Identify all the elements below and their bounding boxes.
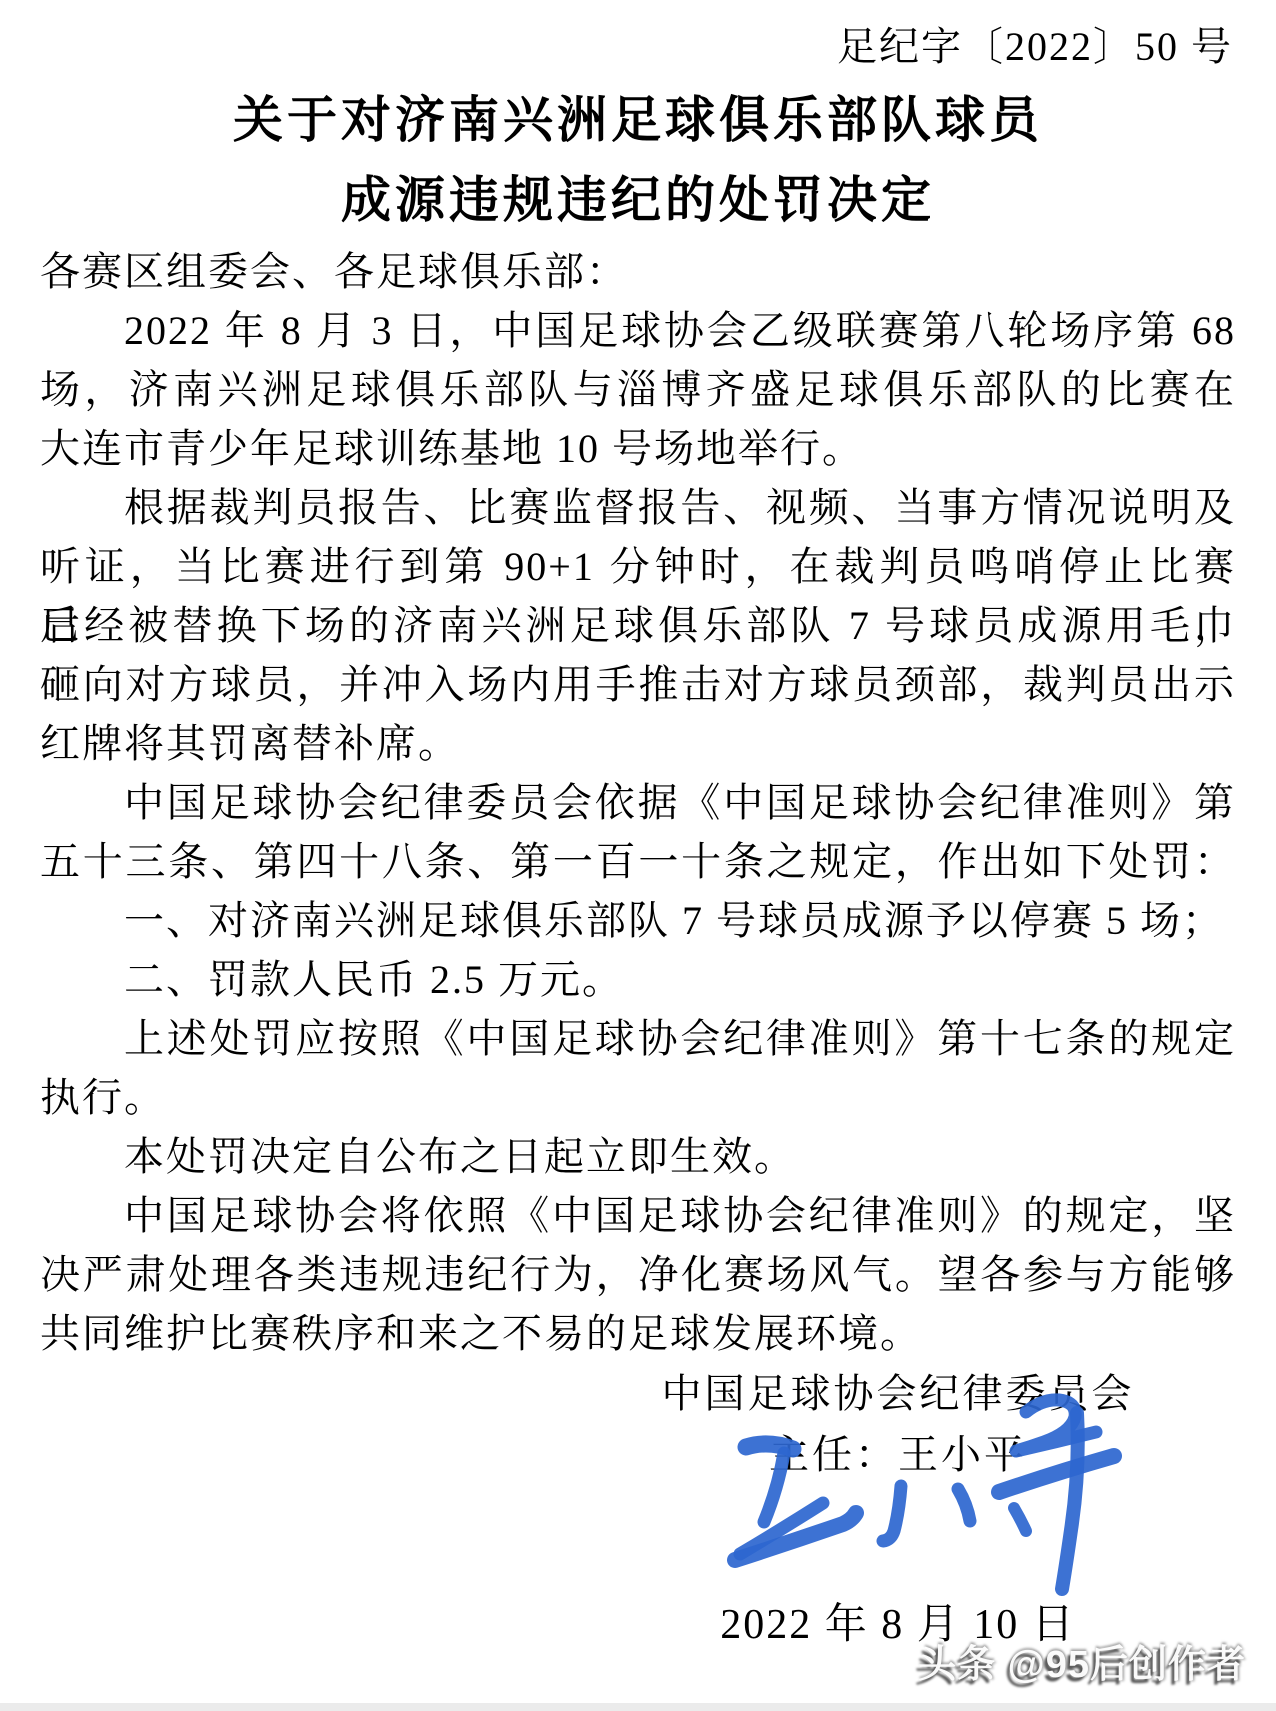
bottom-edge-strip [0,1703,1276,1711]
body-line: 中国足球协会纪律委员会依据《中国足球协会纪律准则》第 [40,773,1236,832]
body-line: 红牌将其罚离替补席。 [40,714,1236,773]
body-line: 本处罚决定自公布之日起立即生效。 [40,1127,1236,1186]
document-page: 足纪字〔2022〕50 号 关于对济南兴洲足球俱乐部队球员 成源违规违纪的处罚决… [0,0,1276,1711]
body-line: 二、罚款人民币 2.5 万元。 [40,950,1236,1009]
toutiao-watermark: 头条 @95后创作者 [918,1642,1246,1688]
body-line: 大连市青少年足球训练基地 10 号场地举行。 [40,419,1236,478]
signoff-org: 中国足球协会纪律委员会 [520,1371,1276,1417]
body-line: 五十三条、第四十八条、第一百一十条之规定，作出如下处罚： [40,832,1236,891]
body-line: 一、对济南兴洲足球俱乐部队 7 号球员成源予以停赛 5 场； [40,891,1236,950]
body-line: 执行。 [40,1068,1236,1127]
body-line: 2022 年 8 月 3 日，中国足球协会乙级联赛第八轮场序第 68 [40,301,1236,360]
body-line: 根据裁判员报告、比赛监督报告、视频、当事方情况说明及 [40,478,1236,537]
doc-number: 足纪字〔2022〕50 号 [837,23,1233,71]
body-line: 已经被替换下场的济南兴洲足球俱乐部队 7 号球员成源用毛巾 [40,596,1236,655]
signoff-signer: 主任：王小平 [520,1432,1276,1478]
body-line: 决严肃处理各类违规违纪行为，净化赛场风气。望各参与方能够 [40,1245,1236,1304]
doc-title: 关于对济南兴洲足球俱乐部队球员 成源违规违纪的处罚决定 [0,80,1276,240]
body-line: 砸向对方球员，并冲入场内用手推击对方球员颈部，裁判员出示 [40,655,1236,714]
body-line: 听证，当比赛进行到第 90+1 分钟时，在裁判员鸣哨停止比赛后， [40,537,1236,596]
doc-title-line2: 成源违规违纪的处罚决定 [0,160,1276,240]
doc-title-line1: 关于对济南兴洲足球俱乐部队球员 [0,80,1276,160]
body-line: 中国足球协会将依照《中国足球协会纪律准则》的规定，坚 [40,1186,1236,1245]
body-text: 各赛区组委会、各足球俱乐部：2022 年 8 月 3 日，中国足球协会乙级联赛第… [40,242,1236,1363]
body-line: 场，济南兴洲足球俱乐部队与淄博齐盛足球俱乐部队的比赛在 [40,360,1236,419]
body-line: 上述处罚应按照《中国足球协会纪律准则》第十七条的规定 [40,1009,1236,1068]
body-line: 各赛区组委会、各足球俱乐部： [40,242,1236,301]
body-line: 共同维护比赛秩序和来之不易的足球发展环境。 [40,1304,1236,1363]
